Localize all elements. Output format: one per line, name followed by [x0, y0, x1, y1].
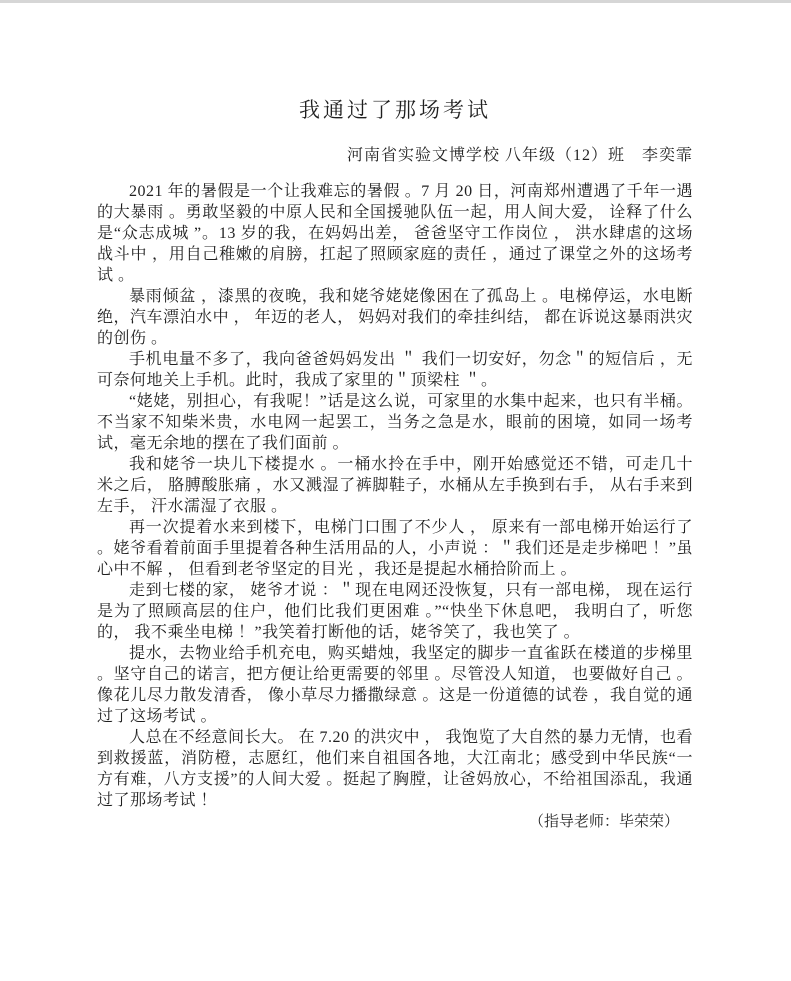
essay-paragraph-9: 人总在不经意间长大。 在 7.20 的洪灾中 ， 我饱览了大自然的暴力无情，也看… — [97, 727, 693, 811]
document-page: 我通过了那场考试 河南省实验文博学校 八年级（12）班 李奕霏 2021 年的暑… — [97, 97, 693, 833]
essay-paragraph-8: 提水，去物业给手机充电，购买蜡烛，我坚定的脚步一直雀跃在楼道的步梯里 。坚守自己… — [97, 643, 693, 727]
essay-byline: 河南省实验文博学校 八年级（12）班 李奕霏 — [97, 145, 693, 167]
essay-paragraph-2: 暴雨倾盆 ，漆黑的夜晚，我和姥爷姥姥像困在了孤岛上 。电梯停运，水电断绝，汽车漂… — [97, 286, 693, 349]
essay-paragraph-5: 我和姥爷一块儿下楼提水 。一桶水拎在手中，刚开始感觉还不错，可走几十米之后， 胳… — [97, 454, 693, 517]
essay-paragraph-6: 再一次提着水来到楼下，电梯门口围了不少人 ， 原来有一部电梯开始运行了 。姥爷看… — [97, 517, 693, 580]
essay-paragraph-4: “姥姥，别担心，有我呢！”话是这么说，可家里的水集中起来，也只有半桶。不当家不知… — [97, 391, 693, 454]
essay-paragraph-7: 走到七楼的家， 姥爷才说 ：＂现在电网还没恢复，只有一部电梯， 现在运行是为了照… — [97, 580, 693, 643]
essay-paragraph-3: 手机电量不多了，我向爸爸妈妈发出 ＂ 我们一切安好，勿念＂的短信后 ，无可奈何地… — [97, 349, 693, 391]
page-top-border — [0, 0, 791, 3]
essay-title: 我通过了那场考试 — [97, 97, 693, 123]
essay-paragraph-1: 2021 年的暑假是一个让我难忘的暑假 。7 月 20 日，河南郑州遭遇了千年一… — [97, 181, 693, 286]
teacher-credit: （指导老师：毕荣荣） — [97, 812, 693, 833]
